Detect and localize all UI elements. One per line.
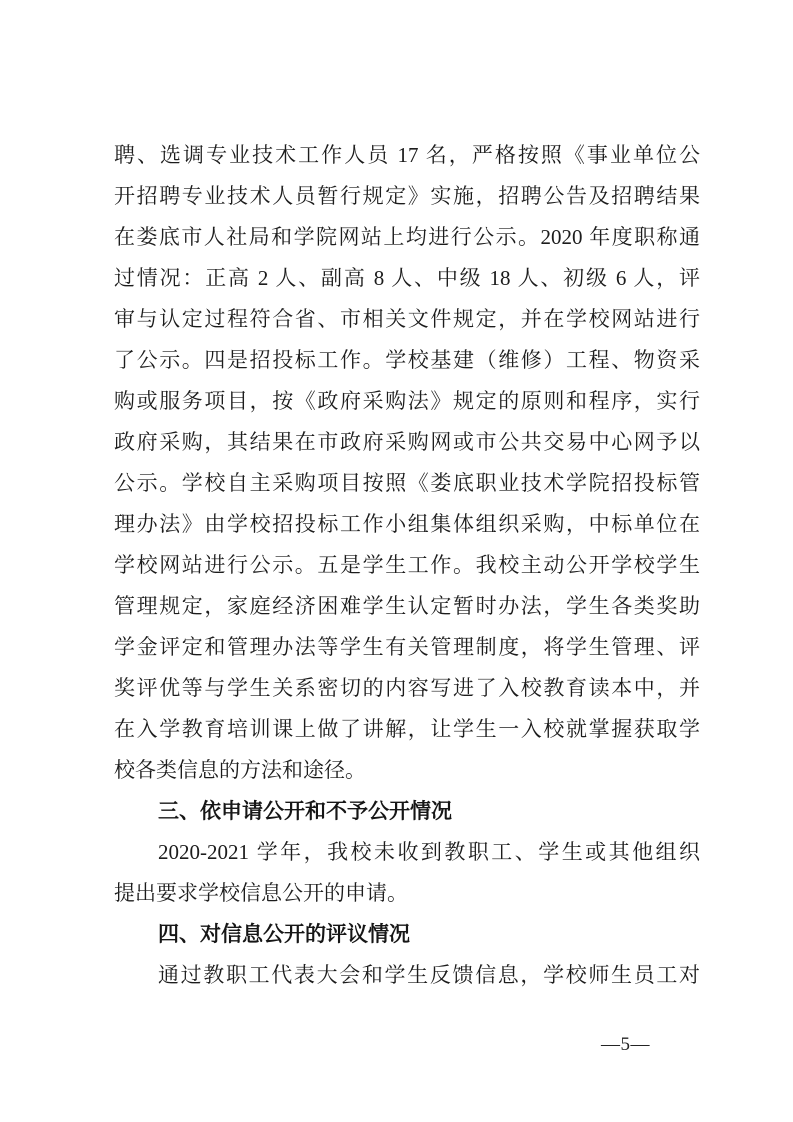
- text-line: 在入学教育培训课上做了讲解，让学生一入校就掌握获取学: [114, 709, 700, 750]
- text-line: 通过教职工代表大会和学生反馈信息，学校师生员工对: [114, 955, 700, 996]
- text-line: 聘、选调专业技术工作人员 17 名，严格按照《事业单位公: [114, 135, 700, 176]
- section-heading: 三、依申请公开和不予公开情况: [114, 791, 700, 832]
- page-number: —5—: [601, 1031, 650, 1059]
- text-line: 学校网站进行公示。五是学生工作。我校主动公开学校学生: [114, 545, 700, 586]
- text-line: 校各类信息的方法和途径。: [114, 750, 700, 791]
- text-line: 购或服务项目，按《政府采购法》规定的原则和程序，实行: [114, 381, 700, 422]
- text-line: 2020-2021 学年，我校未收到教职工、学生或其他组织: [114, 832, 700, 873]
- text-line: 理办法》由学校招投标工作小组集体组织采购，中标单位在: [114, 504, 700, 545]
- text-line: 审与认定过程符合省、市相关文件规定，并在学校网站进行: [114, 299, 700, 340]
- text-line: 奖评优等与学生关系密切的内容写进了入校教育读本中，并: [114, 668, 700, 709]
- section-heading: 四、对信息公开的评议情况: [114, 914, 700, 955]
- text-line: 学金评定和管理办法等学生有关管理制度，将学生管理、评: [114, 627, 700, 668]
- document-body: 聘、选调专业技术工作人员 17 名，严格按照《事业单位公开招聘专业技术人员暂行规…: [114, 135, 700, 996]
- text-line: 在娄底市人社局和学院网站上均进行公示。2020 年度职称通: [114, 217, 700, 258]
- document-page: 聘、选调专业技术工作人员 17 名，严格按照《事业单位公开招聘专业技术人员暂行规…: [0, 0, 793, 1122]
- text-line: 过情况：正高 2 人、副高 8 人、中级 18 人、初级 6 人，评: [114, 258, 700, 299]
- text-line: 政府采购，其结果在市政府采购网或市公共交易中心网予以: [114, 422, 700, 463]
- text-line: 公示。学校自主采购项目按照《娄底职业技术学院招投标管: [114, 463, 700, 504]
- text-line: 提出要求学校信息公开的申请。: [114, 873, 700, 914]
- text-line: 开招聘专业技术人员暂行规定》实施，招聘公告及招聘结果: [114, 176, 700, 217]
- text-line: 了公示。四是招投标工作。学校基建（维修）工程、物资采: [114, 340, 700, 381]
- text-line: 管理规定，家庭经济困难学生认定暂时办法，学生各类奖助: [114, 586, 700, 627]
